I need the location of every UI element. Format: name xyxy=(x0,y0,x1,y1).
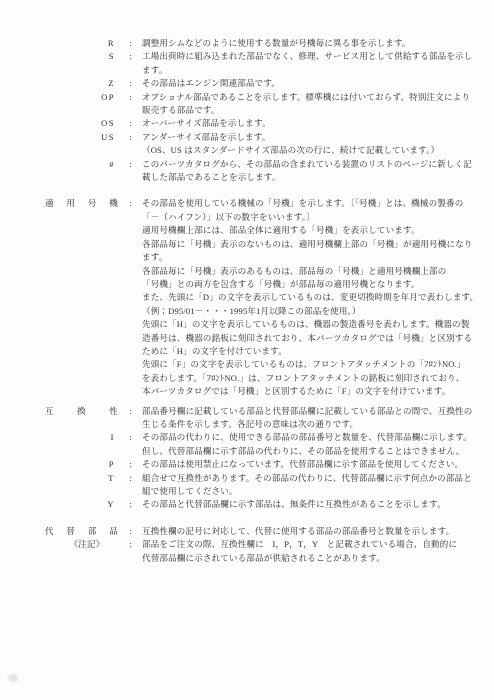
doc-line: 各部品毎に「号機」表示のないものは、適用号機欄上部の「号機」が適用号機になり xyxy=(42,238,456,251)
section-substitute-parts: 代 替 部 品:互換性欄の記号に対応して、代替に使用する部品の部品番号と数量を示… xyxy=(42,525,456,565)
colon-separator: : xyxy=(122,498,142,511)
doc-line: S:工場出荷時に組み込まれた部品でなく、修理、サービス用として供給する部品を示し xyxy=(42,50,456,63)
doc-line: 組で使用してください。 xyxy=(42,485,456,498)
line-text: ます。 xyxy=(142,251,456,264)
doc-line: また、先頭に「D」の文字を表示しているものは、変更切換時期を年月で表わします。 xyxy=(42,291,456,304)
scanned-document-page: R:調整用シムなどのように使用する数量が号機毎に異る事を示します。S:工場出荷時… xyxy=(0,0,494,700)
term-label: R xyxy=(42,37,122,50)
colon-separator: : xyxy=(122,37,142,50)
doc-line: 代替部品欄に示されている部品が供給されることがあります。 xyxy=(42,552,456,565)
term-label: P xyxy=(42,458,122,471)
term-label: 《注記》 xyxy=(42,538,122,551)
doc-line: を表わします。「ﾌﾛﾝﾄNO.」は、フロントアタッチメントの銘板に刻印されており… xyxy=(42,372,456,385)
term-label: OS xyxy=(42,117,122,130)
term-label: # xyxy=(42,158,122,171)
term-label: 代 替 部 品 xyxy=(42,525,122,538)
doc-line: 先頭に「H」の文字を表示しているものは、機器の製造番号を表わします。機器の製 xyxy=(42,318,456,331)
line-text: その部品を使用している機械の「号機」を示します。〔「号機」とは、機械の製番の xyxy=(142,197,463,210)
line-text: 造番号は、機器の銘板に刻印されており、本パーツカタログでは「号機」と区別する xyxy=(142,332,472,345)
line-text: （例；D95/01－・・・1995年1月以降この部品を使用。） xyxy=(142,305,456,318)
doc-line: ます。 xyxy=(42,251,456,264)
colon-separator: : xyxy=(122,131,142,144)
doc-line: 「号機」との両方を包含する「号機」が部品毎の適用号機となります。 xyxy=(42,278,456,291)
doc-line: 代 替 部 品:互換性欄の記号に対応して、代替に使用する部品の部品番号と数量を示… xyxy=(42,525,456,538)
colon-separator: : xyxy=(122,472,142,485)
doc-line: 販売する部品です。 xyxy=(42,104,456,117)
line-text: オプショナル部品であることを示します。標準機には付いておらず、特別注文により xyxy=(142,91,470,104)
term-label: OP xyxy=(42,91,122,104)
scan-smudge xyxy=(8,674,18,682)
colon-separator: : xyxy=(122,431,142,444)
line-text: 本パーツカタログでは「号機」と区別するために「F」の文字を付けています。 xyxy=(142,385,456,398)
line-text: 組合せで互換性があります。その部品の代わりに、代替部品欄に示す何点かの部品と xyxy=(142,472,472,485)
doc-line: 本パーツカタログでは「号機」と区別するために「F」の文字を付けています。 xyxy=(42,385,456,398)
doc-line: 造番号は、機器の銘板に刻印されており、本パーツカタログでは「号機」と区別する xyxy=(42,332,456,345)
line-text: アンダーサイズ部品を示します。 xyxy=(142,131,456,144)
line-text: 販売する部品です。 xyxy=(142,104,456,117)
line-text: 調整用シムなどのように使用する数量が号機毎に異る事を示します。 xyxy=(142,37,456,50)
doc-line: R:調整用シムなどのように使用する数量が号機毎に異る事を示します。 xyxy=(42,37,456,50)
line-text: 「号機」との両方を包含する「号機」が部品毎の適用号機となります。 xyxy=(142,278,456,291)
line-text: ために「H」の文字を付けています。 xyxy=(142,345,456,358)
doc-line: 「－（ハイフン）」以下の数字をいいます。〕 xyxy=(42,211,456,224)
term-label: I xyxy=(42,431,122,444)
line-text: 組で使用してください。 xyxy=(142,485,456,498)
doc-line: ために「H」の文字を付けています。 xyxy=(42,345,456,358)
line-text: オーバーサイズ部品を示します。 xyxy=(142,117,456,130)
section-applicable-serial-number: 適 用 号 機:その部品を使用している機械の「号機」を示します。〔「号機」とは、… xyxy=(42,197,456,398)
doc-line: （例；D95/01－・・・1995年1月以降この部品を使用。） xyxy=(42,305,456,318)
colon-separator: : xyxy=(122,197,142,210)
doc-line: 生じる条件を示します。各記号の意味は次の通りです。 xyxy=(42,418,456,431)
line-text: 生じる条件を示します。各記号の意味は次の通りです。 xyxy=(142,418,456,431)
colon-separator: : xyxy=(122,91,142,104)
colon-separator: : xyxy=(122,525,142,538)
colon-separator: : xyxy=(122,405,142,418)
doc-line: ます。 xyxy=(42,64,456,77)
doc-line: Z:その部品はエンジン関連部品です。 xyxy=(42,77,456,90)
doc-line: I:その部品の代わりに、使用できる部品の部品番号と数量を、代替部品欄に示します。 xyxy=(42,431,456,444)
doc-line: 適用号機欄上部には、部品全体に適用する「号機」を表示しています。 xyxy=(42,224,456,237)
line-text: 先頭に「F」の文字を表示しているものは、フロントアタッチメントの「ﾌﾛﾝﾄNO.… xyxy=(142,358,466,371)
colon-separator: : xyxy=(122,117,142,130)
line-text: 「－（ハイフン）」以下の数字をいいます。〕 xyxy=(142,211,456,224)
doc-line: #:このパーツカタログから、その部品の含まれている装置のリストのページに新しく記 xyxy=(42,158,456,171)
line-text: その部品は使用禁止になっています。代替部品欄に示す部品を使用してください。 xyxy=(142,458,463,471)
line-text: 各部品毎に「号機」表示のあるものは、部品毎の「号機」と適用号機欄上部の xyxy=(142,265,456,278)
doc-line: 互 換 性:部品番号欄に記載している部品と代替部品欄に記載している部品との間で、… xyxy=(42,405,456,418)
line-text: 適用号機欄上部には、部品全体に適用する「号機」を表示しています。 xyxy=(142,224,456,237)
colon-separator: : xyxy=(122,158,142,171)
doc-line: OS:オーバーサイズ部品を示します。 xyxy=(42,117,456,130)
doc-line: OP:オプショナル部品であることを示します。標準機には付いておらず、特別注文によ… xyxy=(42,91,456,104)
doc-line: （OS、US はスタンダードサイズ部品の次の行に、続けて記載しています。） xyxy=(42,144,456,157)
parts-catalog-legend: R:調整用シムなどのように使用する数量が号機毎に異る事を示します。S:工場出荷時… xyxy=(42,37,456,565)
doc-line: 適 用 号 機:その部品を使用している機械の「号機」を示します。〔「号機」とは、… xyxy=(42,197,456,210)
colon-separator: : xyxy=(122,77,142,90)
line-text: このパーツカタログから、その部品の含まれている装置のリストのページに新しく記 xyxy=(142,158,472,171)
line-text: 工場出荷時に組み込まれた部品でなく、修理、サービス用として供給する部品を示し xyxy=(142,50,472,63)
line-text: 載した部品であることを示します。 xyxy=(142,171,456,184)
line-text: 但し、代替部品欄に示す部品の代わりに、その部品を使用することはできません。 xyxy=(142,445,464,458)
doc-line: 但し、代替部品欄に示す部品の代わりに、その部品を使用することはできません。 xyxy=(42,445,456,458)
line-text: 部品番号欄に記載している部品と代替部品欄に記載している部品との間で、互換性の xyxy=(142,405,472,418)
colon-separator: : xyxy=(122,50,142,63)
line-text: 互換性欄の記号に対応して、代替に使用する部品の部品番号と数量を示します。 xyxy=(142,525,456,538)
line-text: （OS、US はスタンダードサイズ部品の次の行に、続けて記載しています。） xyxy=(142,144,456,157)
line-text: その部品はエンジン関連部品です。 xyxy=(142,77,456,90)
term-label: Z xyxy=(42,77,122,90)
colon-separator: : xyxy=(122,538,142,551)
colon-separator: : xyxy=(122,458,142,471)
line-text: また、先頭に「D」の文字を表示しているものは、変更切換時期を年月で表わします。 xyxy=(142,291,478,304)
term-label: US xyxy=(42,131,122,144)
line-text: を表わします。「ﾌﾛﾝﾄNO.」は、フロントアタッチメントの銘板に刻印されており… xyxy=(142,372,465,385)
doc-line: 先頭に「F」の文字を表示しているものは、フロントアタッチメントの「ﾌﾛﾝﾄNO.… xyxy=(42,358,456,371)
section-interchangeability: 互 換 性:部品番号欄に記載している部品と代替部品欄に記載している部品との間で、… xyxy=(42,405,456,512)
line-text: 部品をご注文の際、互換性欄に I，P，T，Y と記載されている場合、自動的に xyxy=(142,538,457,551)
term-label: 適 用 号 機 xyxy=(42,197,122,210)
doc-line: 載した部品であることを示します。 xyxy=(42,171,456,184)
line-text: その部品と代替部品欄に示す部品は、無条件に互換性があることを示します。 xyxy=(142,498,456,511)
line-text: その部品の代わりに、使用できる部品の部品番号と数量を、代替部品欄に示します。 xyxy=(142,431,472,444)
term-label: 互 換 性 xyxy=(42,405,122,418)
term-label: S xyxy=(42,50,122,63)
doc-line: Y:その部品と代替部品欄に示す部品は、無条件に互換性があることを示します。 xyxy=(42,498,456,511)
line-text: 各部品毎に「号機」表示のないものは、適用号機欄上部の「号機」が適用号機になり xyxy=(142,238,473,251)
doc-line: T:組合せで互換性があります。その部品の代わりに、代替部品欄に示す何点かの部品と xyxy=(42,472,456,485)
line-text: 先頭に「H」の文字を表示しているものは、機器の製造番号を表わします。機器の製 xyxy=(142,318,470,331)
doc-line: US:アンダーサイズ部品を示します。 xyxy=(42,131,456,144)
doc-line: 《注記》:部品をご注文の際、互換性欄に I，P，T，Y と記載されている場合、自… xyxy=(42,538,456,551)
doc-line: P:その部品は使用禁止になっています。代替部品欄に示す部品を使用してください。 xyxy=(42,458,456,471)
section-code-symbols: R:調整用シムなどのように使用する数量が号機毎に異る事を示します。S:工場出荷時… xyxy=(42,37,456,184)
line-text: 代替部品欄に示されている部品が供給されることがあります。 xyxy=(142,552,456,565)
term-label: T xyxy=(42,472,122,485)
doc-line: 各部品毎に「号機」表示のあるものは、部品毎の「号機」と適用号機欄上部の xyxy=(42,265,456,278)
line-text: ます。 xyxy=(142,64,456,77)
term-label: Y xyxy=(42,498,122,511)
